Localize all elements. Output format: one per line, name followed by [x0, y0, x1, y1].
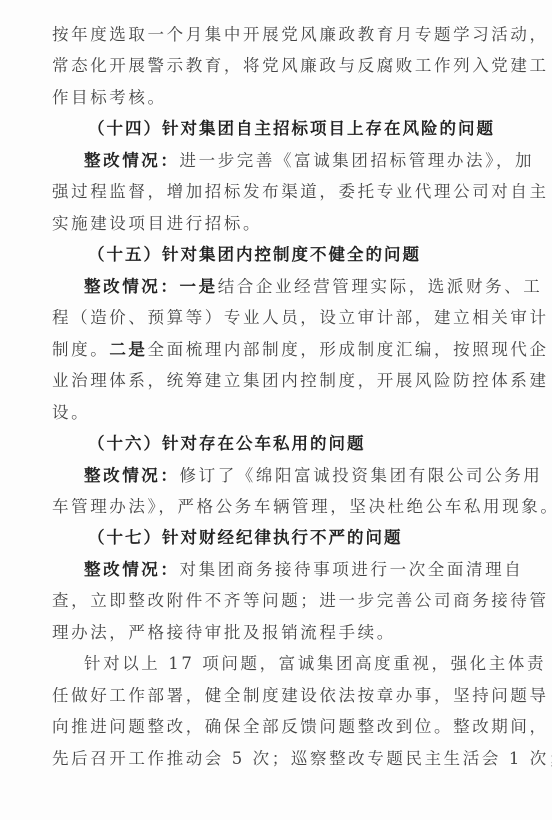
paragraph-line: 查，立即整改附件不齐等问题；进一步完善公司商务接待管: [52, 590, 502, 612]
paragraph-line: 程（造价、预算等）专业人员，设立审计部，建立相关审计: [52, 307, 502, 329]
document-page: 按年度选取一个月集中开展党风廉政教育月专题学习活动， 常态化开展警示教育，将党风…: [0, 0, 552, 820]
section-heading-14: （十四）针对集团自主招标项目上存在风险的问题: [88, 118, 538, 140]
rectification-label: 整改情况：: [84, 560, 180, 579]
rectification-label: 整改情况：: [84, 466, 180, 485]
summary-line: 向推进问题整改，确保全部反馈问题整改到位。整改期间，: [52, 716, 502, 738]
rectification-label: 整改情况：: [84, 277, 180, 296]
paragraph-line: 强过程监督，增加招标发布渠道，委托专业代理公司对自主: [52, 181, 502, 203]
paragraph-line: 整改情况：修订了《绵阳富诚投资集团有限公司公务用: [84, 465, 534, 487]
paragraph-line: 作目标考核。: [52, 87, 502, 109]
paragraph-line: 整改情况：一是结合企业经营管理实际，选派财务、工: [84, 276, 534, 298]
section-heading-15: （十五）针对集团内控制度不健全的问题: [88, 244, 538, 266]
section-heading-16: （十六）针对存在公车私用的问题: [88, 433, 538, 455]
paragraph-line: 理办法，严格接待审批及报销流程手续。: [52, 622, 502, 644]
paragraph-line: 实施建设项目进行招标。: [52, 213, 502, 235]
bold-marker: 二是: [109, 340, 147, 359]
summary-line: 针对以上 17 项问题，富诚集团高度重视，强化主体责: [84, 653, 534, 675]
paragraph-line: 常态化开展警示教育，将党风廉政与反腐败工作列入党建工: [52, 55, 502, 77]
section-heading-17: （十七）针对财经纪律执行不严的问题: [88, 527, 538, 549]
paragraph-line: 业治理体系，统筹建立集团内控制度，开展风险防控体系建: [52, 370, 502, 392]
paragraph-line: 设。: [52, 402, 502, 424]
paragraph-line: 按年度选取一个月集中开展党风廉政教育月专题学习活动，: [52, 24, 502, 46]
paragraph-line: 整改情况：对集团商务接待事项进行一次全面清理自: [84, 559, 534, 581]
paragraph-line: 制度。二是全面梳理内部制度，形成制度汇编，按照现代企: [52, 339, 502, 361]
paragraph-line: 整改情况：进一步完善《富诚集团招标管理办法》，加: [84, 150, 534, 172]
summary-line: 先后召开工作推动会 5 次；巡察整改专题民主生活会 1 次；: [52, 748, 502, 770]
rectification-label: 整改情况：: [84, 151, 180, 170]
bold-marker: 一是: [180, 277, 218, 296]
summary-line: 任做好工作部署，健全制度建设依法按章办事，坚持问题导: [52, 685, 502, 707]
paragraph-line: 车管理办法》，严格公务车辆管理，坚决杜绝公车私用现象。: [52, 496, 502, 518]
